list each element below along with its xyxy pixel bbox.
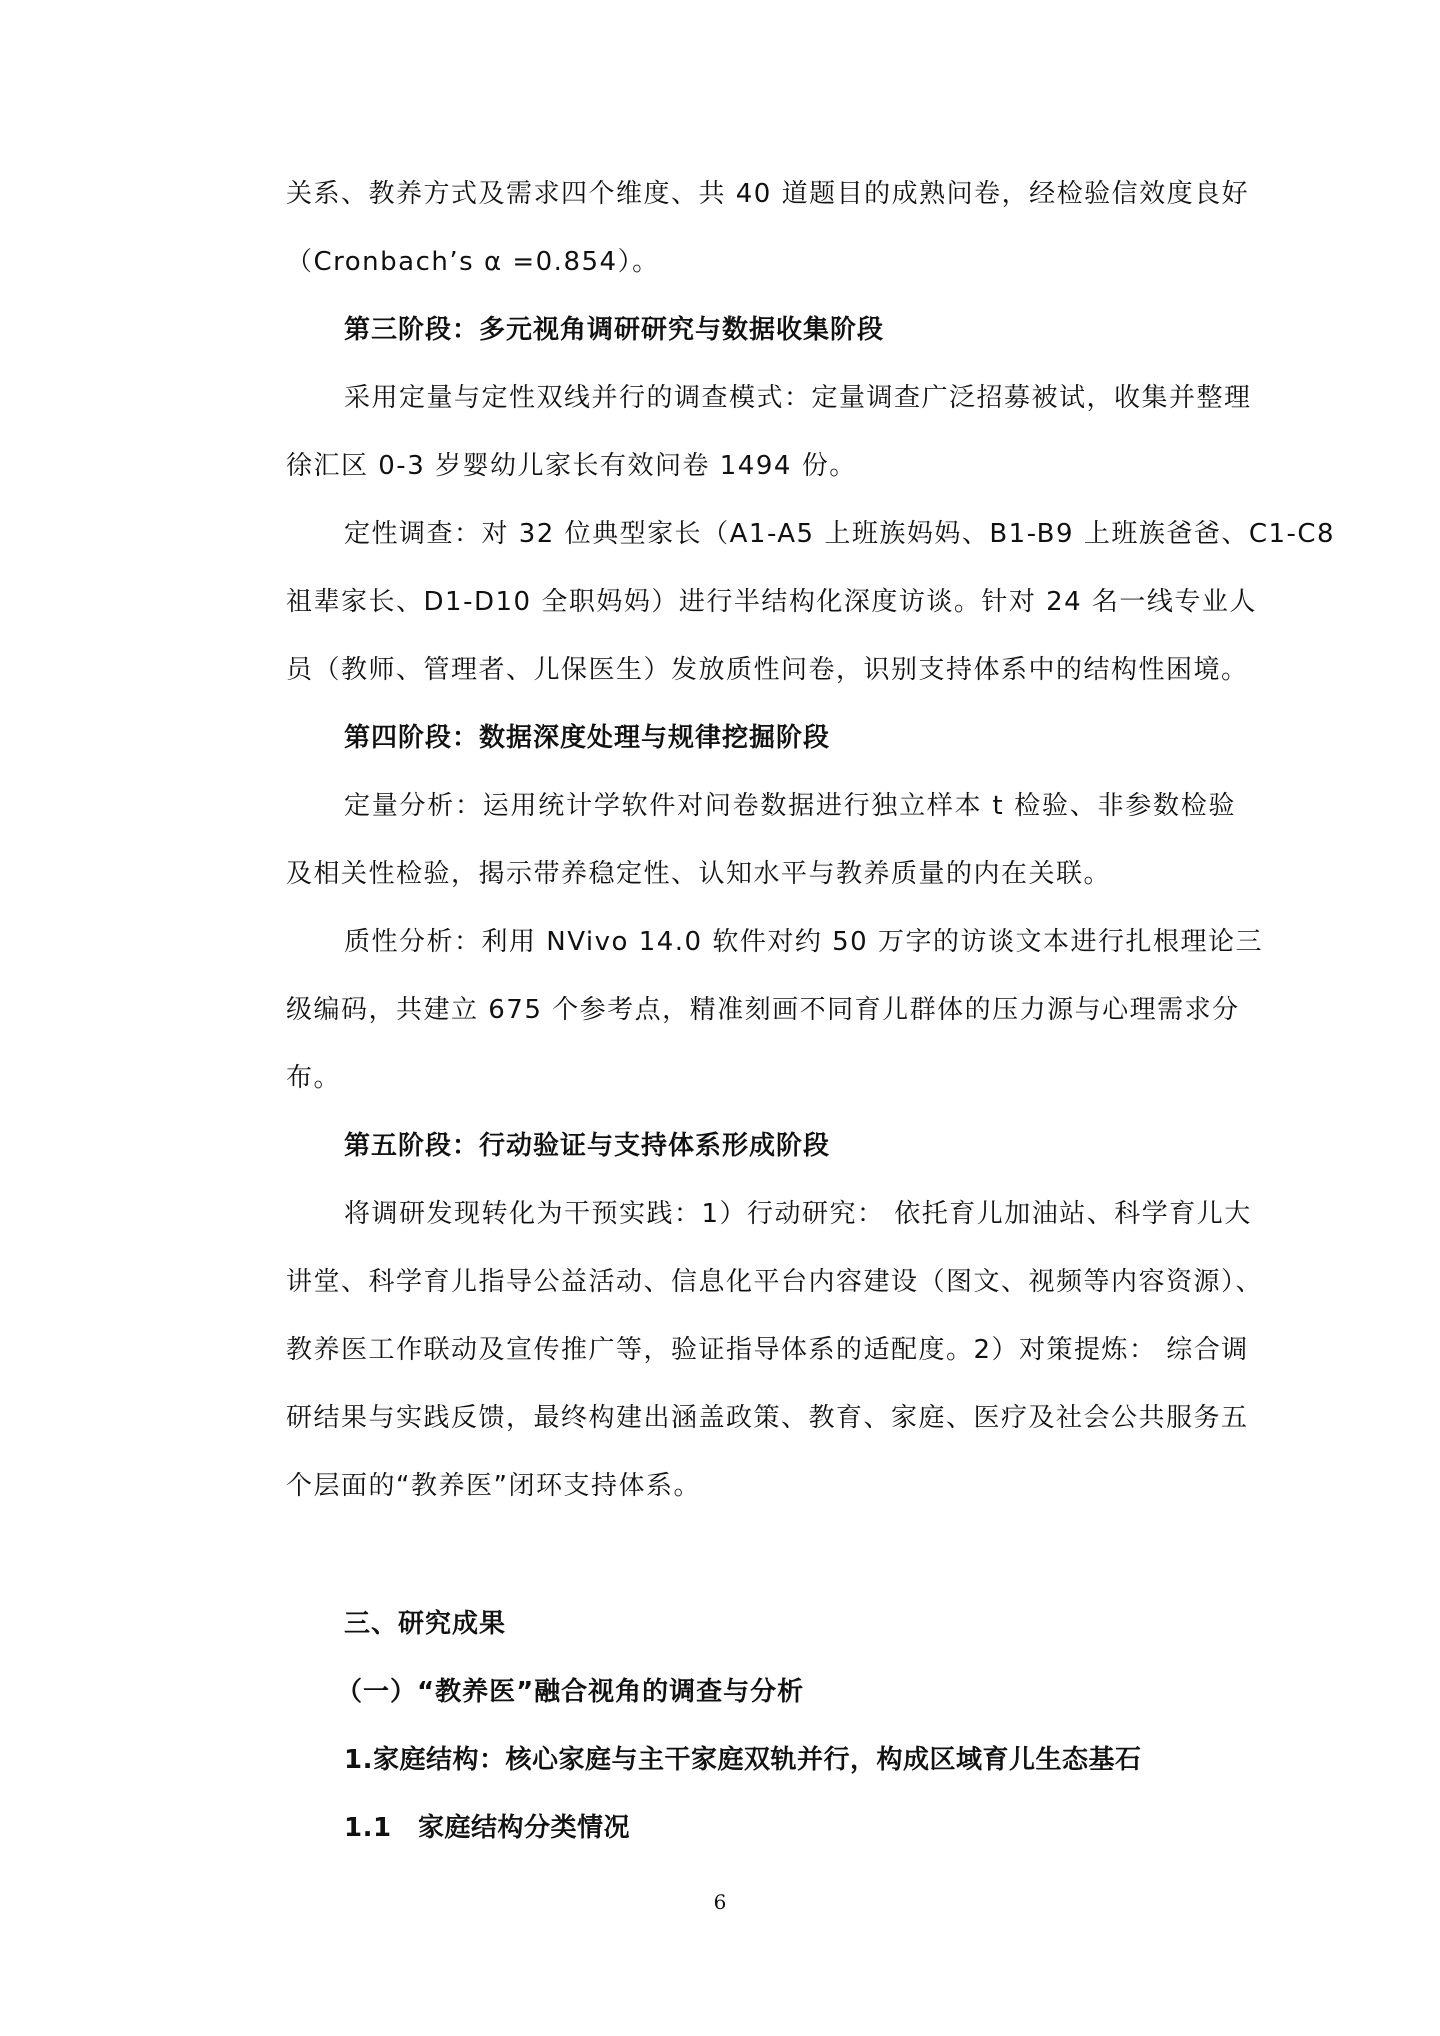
document-page: 关系、教养方式及需求四个维度、共 40 道题目的成熟问卷，经检验信效度良好 （C… (0, 0, 1440, 2036)
paragraph-line: 布。 (286, 1044, 1236, 1112)
paragraph-line: 徐汇区 0-3 岁婴幼儿家长有效问卷 1494 份。 (286, 432, 1236, 500)
paragraph-line: （Cronbach’s α =0.854）。 (286, 228, 1236, 296)
paragraph-line: 级编码，共建立 675 个参考点，精准刻画不同育儿群体的压力源与心理需求分 (286, 976, 1236, 1044)
section-heading-results: 三、研究成果 (286, 1590, 1236, 1658)
page-number: 6 (0, 1890, 1440, 1914)
stage-4-heading: 第四阶段：数据深度处理与规律挖掘阶段 (286, 704, 1236, 772)
sub-heading-classification: 1.1 家庭结构分类情况 (286, 1794, 1236, 1862)
stage-3-heading: 第三阶段：多元视角调研研究与数据收集阶段 (286, 296, 1236, 364)
subsection-heading: （一）“教养医”融合视角的调查与分析 (286, 1658, 1236, 1726)
paragraph-line: 定性调查：对 32 位典型家长（A1-A5 上班族妈妈、B1-B9 上班族爸爸、… (286, 500, 1236, 568)
paragraph-line: 个层面的“教养医”闭环支持体系。 (286, 1452, 1236, 1520)
stage-5-heading: 第五阶段：行动验证与支持体系形成阶段 (286, 1112, 1236, 1180)
paragraph-line: 将调研发现转化为干预实践：1）行动研究： 依托育儿加油站、科学育儿大 (286, 1180, 1236, 1248)
paragraph-line: 教养医工作联动及宣传推广等，验证指导体系的适配度。2）对策提炼： 综合调 (286, 1316, 1236, 1384)
paragraph-line: 研结果与实践反馈，最终构建出涵盖政策、教育、家庭、医疗及社会公共服务五 (286, 1384, 1236, 1452)
paragraph-line: 讲堂、科学育儿指导公益活动、信息化平台内容建设（图文、视频等内容资源）、 (286, 1248, 1236, 1316)
sub-heading-family-structure: 1.家庭结构：核心家庭与主干家庭双轨并行，构成区域育儿生态基石 (286, 1726, 1236, 1794)
spacer (286, 1520, 1236, 1590)
paragraph-line: 采用定量与定性双线并行的调查模式：定量调查广泛招募被试，收集并整理 (286, 364, 1236, 432)
paragraph-line: 员（教师、管理者、儿保医生）发放质性问卷，识别支持体系中的结构性困境。 (286, 636, 1236, 704)
paragraph-line: 质性分析：利用 NVivo 14.0 软件对约 50 万字的访谈文本进行扎根理论… (286, 908, 1236, 976)
paragraph-line: 及相关性检验，揭示带养稳定性、认知水平与教养质量的内在关联。 (286, 840, 1236, 908)
paragraph-line: 定量分析：运用统计学软件对问卷数据进行独立样本 t 检验、非参数检验 (286, 772, 1236, 840)
paragraph-line: 祖辈家长、D1-D10 全职妈妈）进行半结构化深度访谈。针对 24 名一线专业人 (286, 568, 1236, 636)
page-body: 关系、教养方式及需求四个维度、共 40 道题目的成熟问卷，经检验信效度良好 （C… (286, 160, 1236, 1862)
paragraph-line: 关系、教养方式及需求四个维度、共 40 道题目的成熟问卷，经检验信效度良好 (286, 160, 1236, 228)
